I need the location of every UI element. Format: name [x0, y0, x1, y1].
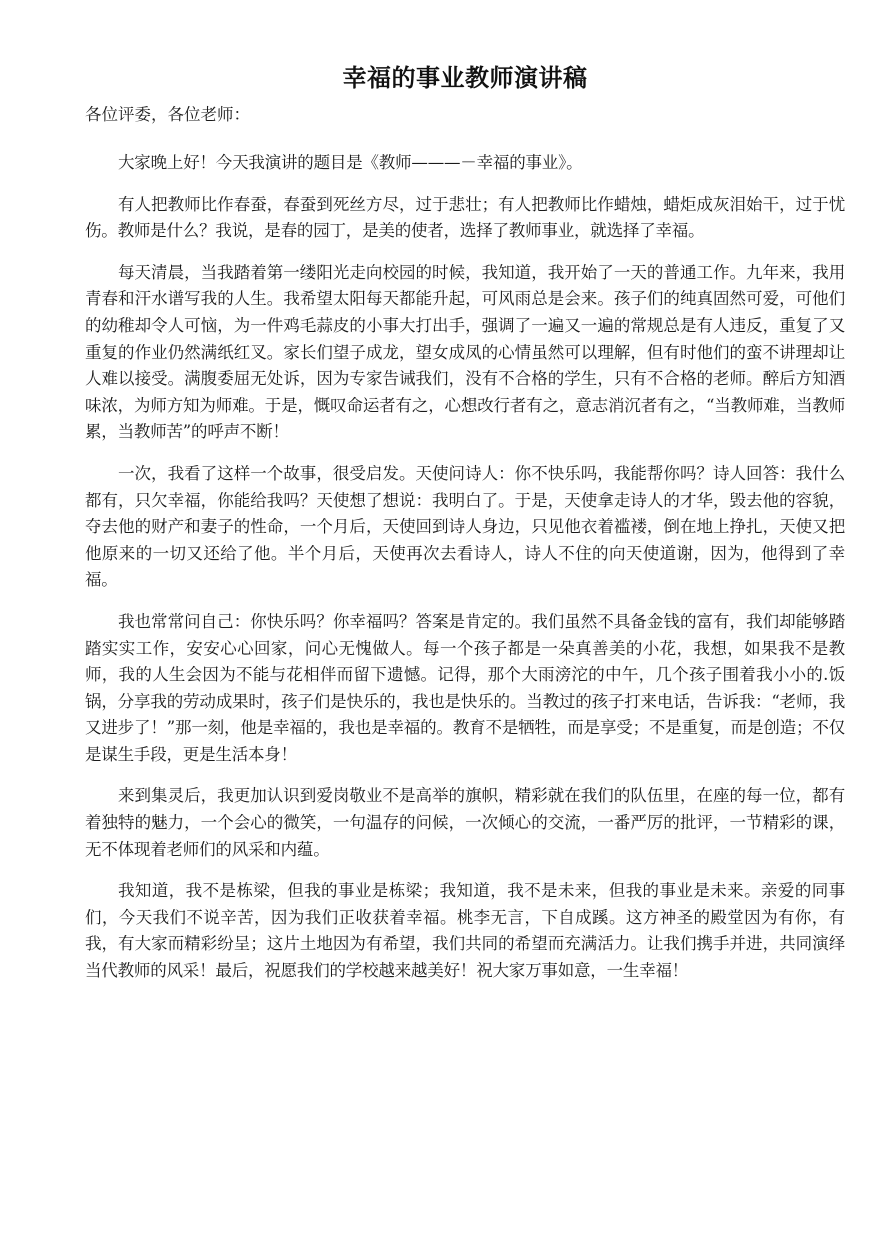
- paragraph-closing: 我知道，我不是栋梁，但我的事业是栋梁；我知道，我不是未来，但我的事业是未来。亲爱…: [85, 878, 845, 984]
- paragraph-metaphor: 有人把教师比作春蚕，春蚕到死丝方尽，过于悲壮；有人把教师比作蜡烛，蜡炬成灰泪始干…: [85, 192, 845, 245]
- paragraph-happiness: 我也常常问自己：你快乐吗？你幸福吗？答案是肯定的。我们虽然不具备金钱的富有，我们…: [85, 609, 845, 769]
- document-title: 幸福的事业教师演讲稿: [85, 60, 845, 96]
- paragraph-greeting: 大家晚上好！今天我演讲的题目是《教师———－幸福的事业》。: [85, 150, 845, 177]
- paragraph-colleagues: 来到集灵后，我更加认识到爱岗敬业不是高举的旗帜，精彩就在我们的队伍里，在座的每一…: [85, 783, 845, 863]
- document-page: 幸福的事业教师演讲稿 各位评委，各位老师： 大家晚上好！今天我演讲的题目是《教师…: [85, 60, 845, 1000]
- paragraph-daily-work: 每天清晨，当我踏着第一缕阳光走向校园的时候，我知道，我开始了一天的普通工作。九年…: [85, 260, 845, 446]
- paragraph-angel-story: 一次，我看了这样一个故事，很受启发。天使问诗人：你不快乐吗，我能帮你吗？诗人回答…: [85, 461, 845, 594]
- salutation: 各位评委，各位老师：: [85, 102, 845, 128]
